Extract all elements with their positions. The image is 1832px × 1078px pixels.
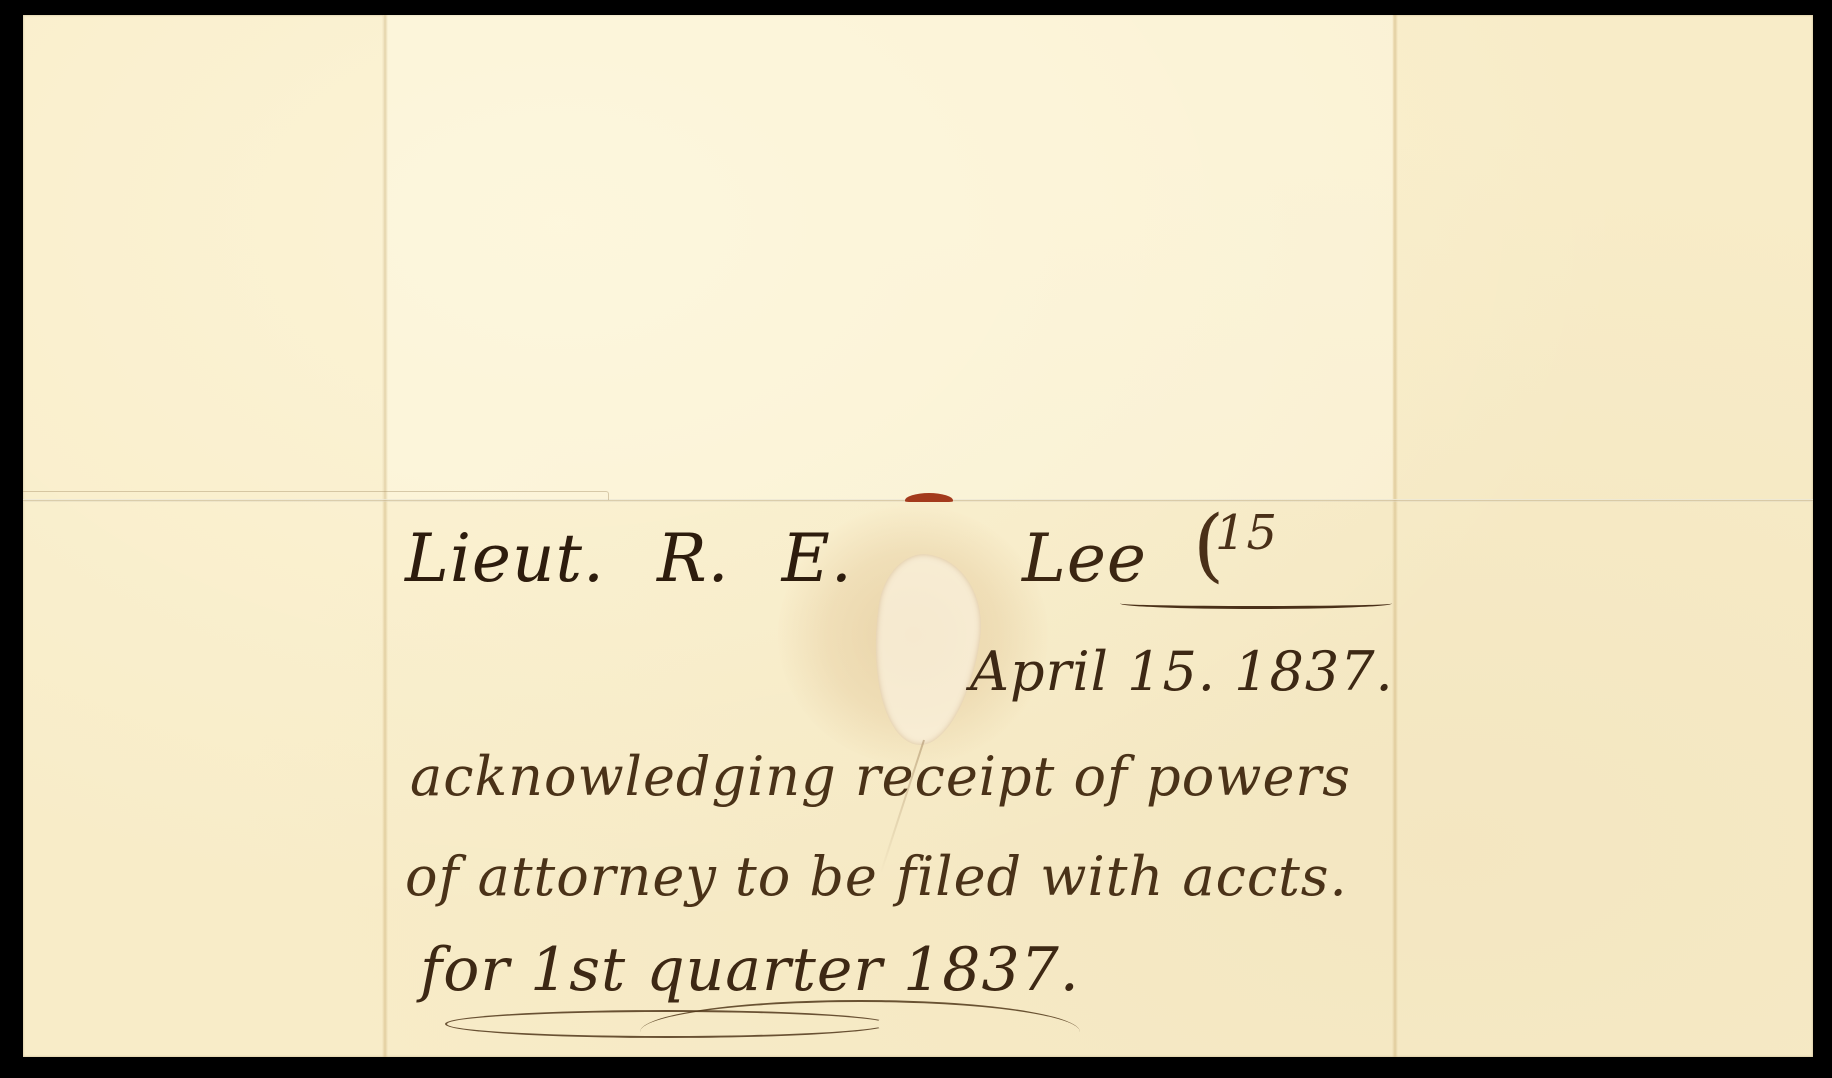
name-flourish [1120,598,1392,609]
addressee-title-initials: Lieut. R. E. [405,520,853,597]
addressee-surname: Lee [1022,520,1147,597]
right-fold-line [1392,15,1398,1057]
docket-number: 15 [1215,505,1278,561]
flap-edge [23,491,609,500]
docket-body-line-3: for 1st quarter 1837. [420,935,1080,1005]
scan-background: Lieut. R. E. Lee ( 15 April 15. 1837. ac… [0,0,1832,1078]
address-panel [383,15,1393,499]
left-fold-line [382,15,388,1057]
wax-seal-remnant [905,493,953,502]
docket-body-line-2: of attorney to be filed with accts. [405,845,1348,908]
docket-body-line-1: acknowledging receipt of powers [410,745,1351,808]
docket-date: April 15. 1837. [970,640,1394,703]
